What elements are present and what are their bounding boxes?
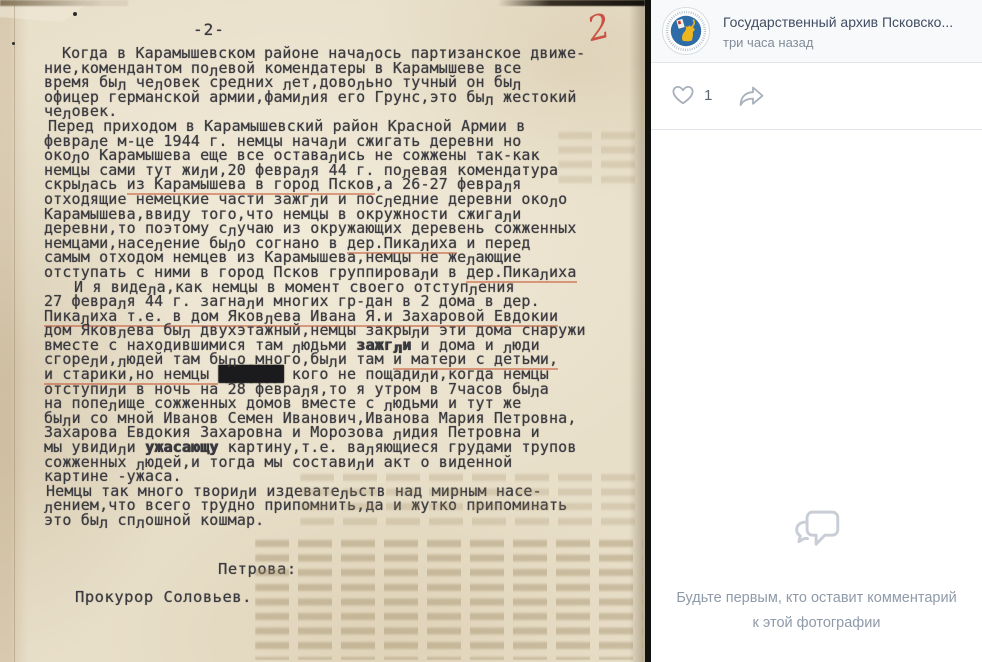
paper-crease: [14, 0, 15, 662]
typed-page-number: -2-: [193, 20, 225, 39]
ink-speck: [12, 42, 15, 45]
handwritten-page-number: 2: [583, 6, 614, 50]
author-avatar[interactable]: [662, 7, 710, 55]
comments-bubbles-icon: [788, 504, 846, 565]
archive-seal-lion-emblem-icon: [662, 7, 710, 55]
signature-name: Прокурор Соловьев.: [75, 588, 252, 606]
likes-count: 1: [704, 87, 712, 104]
share-button[interactable]: [737, 84, 767, 113]
actions-bar: 1: [651, 63, 982, 130]
photo-document[interactable]: -2- 2 Когда в Карамышевском районе начал…: [0, 0, 651, 662]
photo-sidebar: Государственный архив Псковско... три ча…: [651, 0, 982, 662]
bleedthrough-text-ghost: [558, 128, 644, 186]
author-header: Государственный архив Псковско... три ча…: [651, 0, 982, 63]
heart-icon: [670, 83, 696, 107]
photo-timestamp-link[interactable]: три часа назад: [723, 35, 813, 50]
empty-comments-prompt: Будьте первым, кто оставит комментарий к…: [651, 586, 982, 636]
author-name-link[interactable]: Государственный архив Псковско...: [723, 14, 953, 30]
bleedthrough-text-ghost: [255, 536, 643, 660]
scan-edge-shadow: [498, 0, 645, 6]
paper-smudge: [0, 0, 128, 6]
comments-section: Будьте первым, кто оставит комментарий к…: [651, 130, 982, 662]
vk-photo-viewer: -2- 2 Когда в Карамышевском районе начал…: [0, 0, 982, 662]
typewriter-text: Когда в Карамышевском районе началось па…: [44, 46, 586, 528]
document-paper: -2- 2 Когда в Карамышевском районе начал…: [0, 0, 645, 662]
share-arrow-icon: [737, 84, 767, 108]
bleedthrough-text-ghost: [300, 470, 640, 530]
ink-speck: [73, 12, 77, 16]
like-button[interactable]: 1: [670, 83, 712, 107]
